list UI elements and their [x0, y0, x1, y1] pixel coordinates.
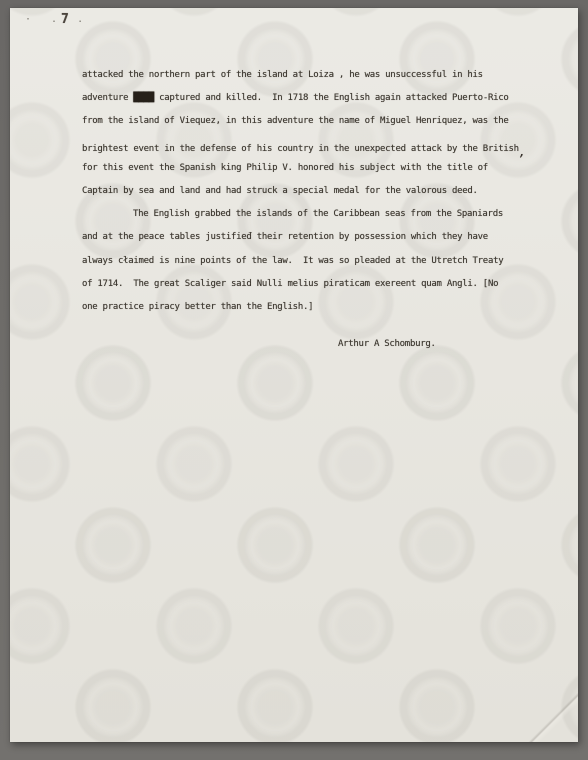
text-line: always cłaimed is nine points of the law… — [82, 256, 527, 279]
text-line: attacked the northern part of the island… — [82, 70, 527, 93]
text-line: The English grabbed the islands of the C… — [82, 209, 527, 232]
text-segment: captured and killed. In 1718 the English… — [154, 93, 509, 103]
text-line: from the island of Viequez, in this adve… — [82, 116, 527, 139]
text-segment: adventure — [82, 93, 133, 103]
document-page: · . . 7 attacked the northern part of th… — [10, 8, 578, 742]
corner-crease — [526, 690, 578, 742]
inserted-comma: , — [519, 145, 526, 159]
signature: Arthur A Schomburg. — [338, 339, 527, 349]
text-line: adventure ████ captured and killed. In 1… — [82, 93, 527, 116]
struck-out-word: ████ — [133, 93, 154, 103]
page-number: 7 — [61, 12, 69, 27]
typewritten-text: attacked the northern part of the island… — [82, 70, 527, 349]
text-line: Captain by sea and land and had struck a… — [82, 186, 527, 209]
corner-marks: · . . — [25, 14, 90, 25]
text-line: for this event the Spanish king Philip V… — [82, 163, 527, 186]
text-line: of 1714. The great Scaliger said Nulli m… — [82, 279, 527, 302]
text-line: and at the peace tables justifieđ their … — [82, 232, 527, 255]
text-segment: brightest event in the defense of his co… — [82, 144, 519, 154]
text-line: one practice piracy better than the Engl… — [82, 302, 527, 325]
text-line: brightest event in the defense of his co… — [82, 140, 527, 163]
scan-background: · . . 7 attacked the northern part of th… — [0, 0, 588, 760]
